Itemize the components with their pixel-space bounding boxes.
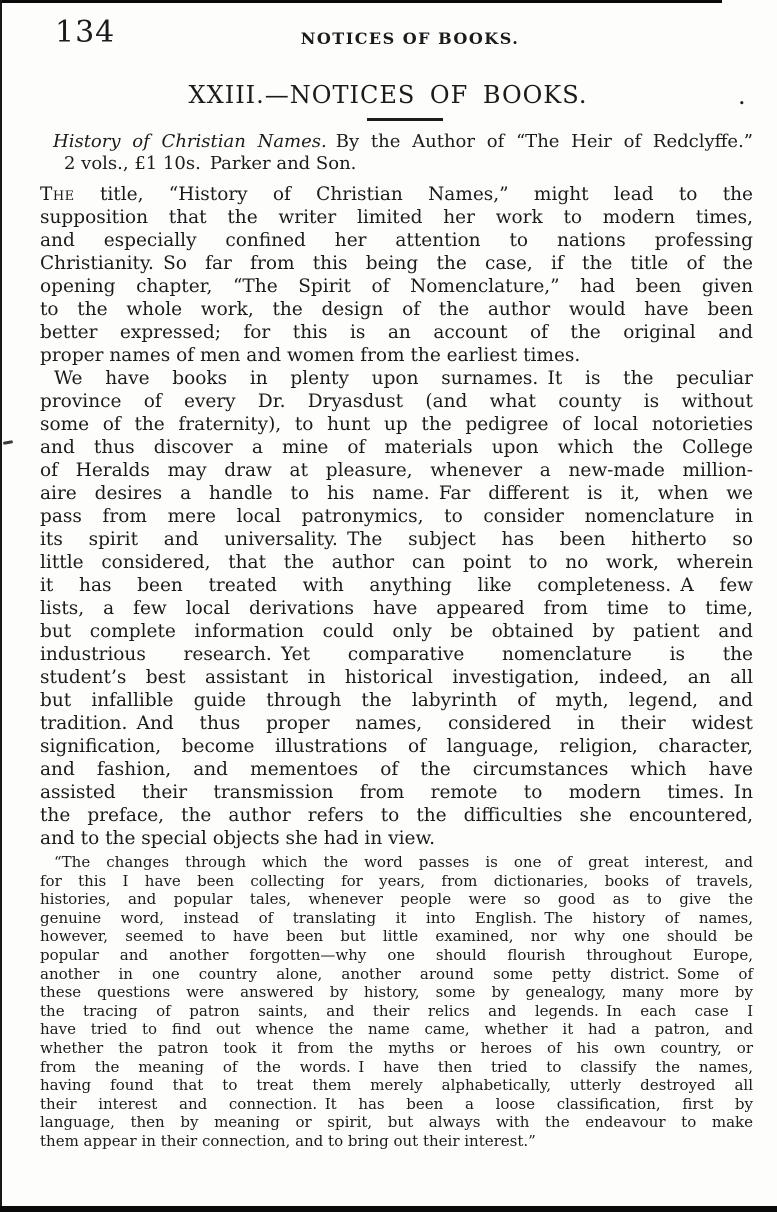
text-line: histories, and popular tales, whenever p… <box>40 890 753 909</box>
article-title: XXIII.—NOTICES OF BOOKS. <box>189 81 588 109</box>
text-line: We have books in plenty upon surnames. I… <box>40 367 753 390</box>
lead-line-rest: title, “History of Christian Names,” mig… <box>75 184 753 205</box>
text-line: having found that to treat them merely a… <box>40 1076 753 1095</box>
scanned-book-page: 134 NOTICES OF BOOKS. XXIII.—NOTICES OF … <box>0 0 777 1212</box>
text-line: little considered, that the author can p… <box>40 551 753 574</box>
text-line: province of every Dr. Dryasdust (and wha… <box>40 390 753 413</box>
text-line: opening chapter, “The Spirit of Nomencla… <box>40 275 753 298</box>
text-line: their interest and connection. It has be… <box>40 1095 753 1114</box>
text-line: “The changes through which the word pass… <box>40 853 753 872</box>
text-line: language, then by meaning or spirit, but… <box>40 1113 753 1132</box>
text-line: genuine word, instead of translating it … <box>40 909 753 928</box>
margin-ink-mark <box>3 440 13 445</box>
text-line: The title, “History of Christian Names,”… <box>40 183 753 206</box>
text-line: its spirit and universality. The subject… <box>40 528 753 551</box>
page-number: 134 <box>55 18 115 48</box>
text-line: it has been treated with anything like c… <box>40 574 753 597</box>
text-line: from the meaning of the words. I have th… <box>40 1058 753 1077</box>
review-body: The title, “History of Christian Names,”… <box>40 183 753 850</box>
text-line: and fashion, and mementoes of the circum… <box>40 758 753 781</box>
preface-quotation-block: “The changes through which the word pass… <box>40 853 753 1151</box>
text-line: popular and another forgotten—why one sh… <box>40 946 753 965</box>
book-citation: History of Christian Names. By the Autho… <box>53 131 753 175</box>
text-line: supposition that the writer limited her … <box>40 206 753 229</box>
scan-border-left <box>0 0 2 1212</box>
citation-author-info: By the Author of “The Heir of Redclyffe.… <box>327 131 753 152</box>
text-line: them appear in their connection, and to … <box>40 1132 753 1151</box>
citation-line: History of Christian Names. By the Autho… <box>53 131 753 153</box>
text-line: but infallible guide through the labyrin… <box>40 689 753 712</box>
text-line: to the whole work, the design of the aut… <box>40 298 753 321</box>
text-line: Christianity. So far from this being the… <box>40 252 753 275</box>
stray-period-mark: . <box>738 82 746 110</box>
running-header: NOTICES OF BOOKS. <box>301 29 520 48</box>
citation-book-title: History of Christian Names. <box>53 131 327 152</box>
lead-word-smallcaps: The <box>40 184 75 205</box>
text-line: have tried to find out whence the name c… <box>40 1020 753 1039</box>
text-line: proper names of men and women from the e… <box>40 344 753 367</box>
text-line: but complete information could only be o… <box>40 620 753 643</box>
main-text-column: The title, “History of Christian Names,”… <box>40 183 753 1151</box>
paragraph-1: The title, “History of Christian Names,”… <box>40 183 753 367</box>
text-line: industrious research. Yet comparative no… <box>40 643 753 666</box>
scan-border-bottom <box>0 1206 777 1212</box>
text-line: however, seemed to have been but little … <box>40 927 753 946</box>
text-line: and thus discover a mine of materials up… <box>40 436 753 459</box>
text-line: aire desires a handle to his name. Far d… <box>40 482 753 505</box>
text-line: signification, become illustrations of l… <box>40 735 753 758</box>
title-divider-rule <box>367 118 443 121</box>
text-line: student’s best assistant in historical i… <box>40 666 753 689</box>
text-line: the tracing of patron saints, and their … <box>40 1002 753 1021</box>
text-line: the preface, the author refers to the di… <box>40 804 753 827</box>
text-line: whether the patron took it from the myth… <box>40 1039 753 1058</box>
text-line: better expressed; for this is an account… <box>40 321 753 344</box>
text-line: these questions were answered by history… <box>40 983 753 1002</box>
text-line: assisted their transmission from remote … <box>40 781 753 804</box>
text-line: lists, a few local derivations have appe… <box>40 597 753 620</box>
text-line: of Heralds may draw at pleasure, wheneve… <box>40 459 753 482</box>
text-line: and to the special objects she had in vi… <box>40 827 753 850</box>
scan-border-top <box>0 0 722 3</box>
text-line: tradition. And thus proper names, consid… <box>40 712 753 735</box>
paragraph-2: We have books in plenty upon surnames. I… <box>40 367 753 850</box>
text-line: some of the fraternity), to hunt up the … <box>40 413 753 436</box>
citation-publisher-line: 2 vols., £1 10s. Parker and Son. <box>53 153 753 175</box>
text-line: and especially confined her attention to… <box>40 229 753 252</box>
paragraph-1-lines: supposition that the writer limited her … <box>40 206 753 367</box>
text-line: for this I have been collecting for year… <box>40 872 753 891</box>
text-line: another in one country alone, another ar… <box>40 965 753 984</box>
text-line: pass from mere local patronymics, to con… <box>40 505 753 528</box>
